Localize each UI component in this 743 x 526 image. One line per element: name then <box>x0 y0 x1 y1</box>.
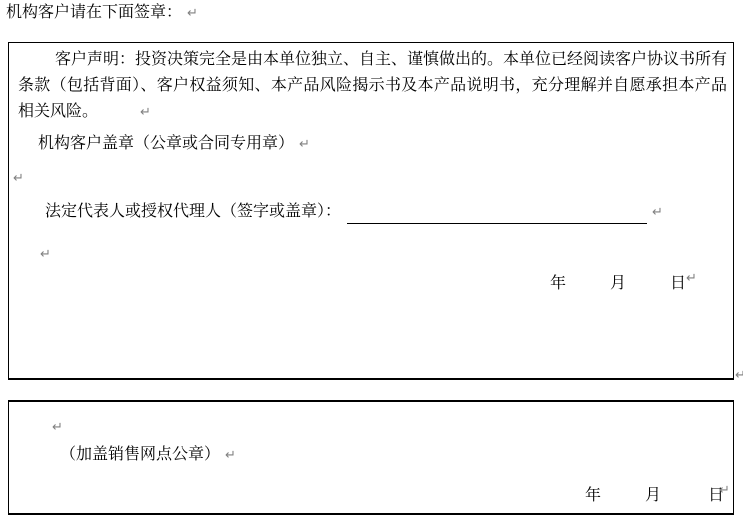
paragraph-mark-icon: ↵ <box>299 135 310 155</box>
branch-stamp-text: （加盖销售网点公章） <box>60 446 220 463</box>
signature-instruction-heading: 机构客户请在下面签章：↵ <box>6 4 198 23</box>
paragraph-mark-icon: ↵ <box>103 100 151 126</box>
paragraph-mark-icon: ↵ <box>735 368 743 383</box>
paragraph-mark-icon: ↵ <box>652 202 663 224</box>
sales-branch-stamp-box: ↵ （加盖销售网点公章）↵ 年 月 日 ↵ <box>8 400 734 515</box>
month-label: 月 <box>610 270 626 293</box>
heading-text: 机构客户请在下面签章： <box>6 4 182 21</box>
document-page: 机构客户请在下面签章：↵ 客户声明：投资决策完全是由本单位独立、自主、谨慎做出的… <box>0 0 743 526</box>
paragraph-mark-icon: ↵ <box>13 171 24 186</box>
year-label: 年 <box>550 270 566 293</box>
client-declaration-paragraph: 客户声明：投资决策完全是由本单位独立、自主、谨慎做出的。本单位已经阅读客户协议书… <box>18 47 727 126</box>
day-label: 日 <box>670 270 686 293</box>
month-label: 月 <box>645 482 661 505</box>
year-label: 年 <box>585 482 601 505</box>
institution-signature-box: 客户声明：投资决策完全是由本单位独立、自主、谨慎做出的。本单位已经阅读客户协议书… <box>8 42 734 380</box>
empty-paragraph: ↵ <box>52 418 63 436</box>
institution-stamp-line: 机构客户盖章（公章或合同专用章）↵ <box>38 134 310 155</box>
paragraph-mark-icon: ↵ <box>40 247 51 262</box>
empty-paragraph: ↵ <box>40 245 51 263</box>
paragraph-mark-icon: ↵ <box>686 271 697 286</box>
paragraph-mark-icon: ↵ <box>52 420 63 435</box>
legal-representative-label: 法定代表人或授权代理人（签字或盖章）： <box>45 203 341 220</box>
paragraph-mark-icon: ↵ <box>719 483 730 498</box>
branch-stamp-line: （加盖销售网点公章）↵ <box>60 445 236 466</box>
legal-representative-line: 法定代表人或授权代理人（签字或盖章）：↵ <box>45 201 663 224</box>
paragraph-mark-icon: ↵ <box>225 446 236 466</box>
paragraph-mark-icon: ↵ <box>187 5 198 23</box>
empty-paragraph: ↵ <box>13 169 24 187</box>
stamp-line-text: 机构客户盖章（公章或合同专用章） <box>38 135 294 152</box>
signature-blank-field[interactable] <box>347 204 647 224</box>
